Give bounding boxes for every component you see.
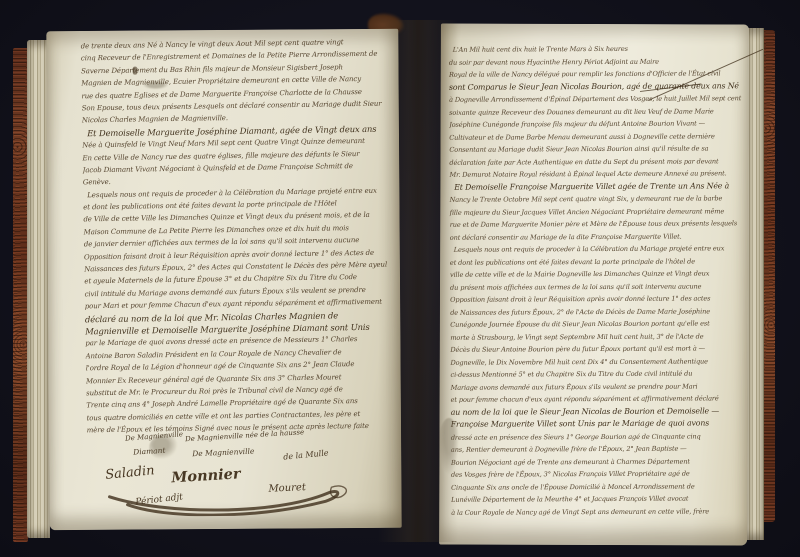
manuscript-line: à Dogneville Arrondissement d'Épinal Dép… — [449, 92, 745, 106]
manuscript-line: Consentant au Mariage dudit Sieur Jean N… — [449, 142, 745, 156]
signature: Saladin — [105, 463, 156, 483]
manuscript-line: ville de cette ville et de la Mairie Dog… — [450, 267, 746, 281]
left-cover-marbled-edge — [13, 48, 28, 542]
manuscript-line: Dogneville, le Dix Novembre Mil huit cen… — [450, 355, 746, 369]
right-page-block-fore-edge — [746, 28, 764, 540]
signature: De Magnienville — [192, 447, 254, 459]
manuscript-line: Royal de la ville de Nancy délégué pour … — [449, 67, 745, 81]
manuscript-line: Joséphine Cunégonde françoise fils majeu… — [449, 117, 745, 131]
signature-block: De Magnienville Diamant De Magnienville … — [46, 29, 398, 31]
manuscript-line: à la Cour Royale de Nancy agé de Vingt S… — [451, 505, 747, 519]
manuscript-scan: de trente deux ans Né à Nancy le vingt d… — [0, 0, 800, 557]
signature: Périot adjt — [135, 492, 183, 507]
manuscript-line: rue et de Dame Marguerite Monier père et… — [450, 217, 746, 231]
manuscript-line: Françoise Marguerite Villet sont Unis pa… — [451, 417, 747, 431]
right-page: L'An Mil huit cent dix huit le Trente Ma… — [439, 23, 749, 545]
signature: Diamant — [133, 446, 166, 457]
signature: Mouret — [268, 482, 306, 495]
manuscript-line: Mr. Demurot Notaire Royal résidant à Épi… — [449, 167, 745, 181]
signature: de la Mulle — [283, 448, 329, 461]
manuscript-line: Nancy le Trente Octobre Mil sept cent qu… — [450, 192, 746, 206]
signature: Monnier — [171, 465, 241, 486]
manuscript-line: Opposition faisant droit à leur Réquisit… — [450, 292, 746, 306]
manuscript-line: Lesquels nous ont requis de proceder à l… — [450, 242, 746, 256]
manuscript-line: et pour femme chacun d'eux ayant répondu… — [451, 392, 747, 406]
manuscript-line: Cunégonde Journée Épouse du dit Sieur Je… — [450, 317, 746, 331]
left-page-text: de trente deux ans Né à Nancy le vingt d… — [81, 35, 399, 436]
left-page: de trente deux ans Né à Nancy le vingt d… — [46, 29, 401, 530]
manuscript-line: Décès du Sieur Antoine Bourion père du f… — [450, 342, 746, 356]
right-page-text: L'An Mil huit cent dix huit le Trente Ma… — [449, 42, 747, 519]
